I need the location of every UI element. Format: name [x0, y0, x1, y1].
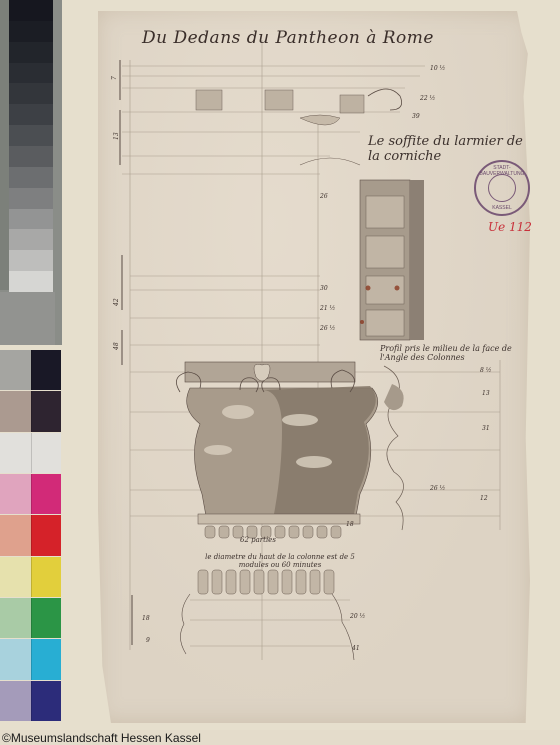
- svg-text:30: 30: [320, 285, 328, 292]
- scanned-artwork: 10 ½22 ½39 263021 ½ 26 ½8 ½13 311226 ½ 1…: [0, 0, 560, 730]
- parts-measure-note: 62 parties: [240, 536, 276, 544]
- svg-text:10 ½: 10 ½: [430, 65, 446, 72]
- svg-text:20 ½: 20 ½: [349, 613, 366, 620]
- inventory-number: Ue 112: [488, 220, 532, 234]
- svg-text:41: 41: [351, 645, 360, 652]
- svg-text:9: 9: [146, 637, 150, 644]
- stamp-text-bottom: KASSEL: [476, 205, 528, 211]
- diameter-note: le diametre du haut de la colonne est de…: [200, 553, 360, 569]
- collection-stamp: STADT-BAUVERWALTUNG KASSEL: [474, 160, 530, 216]
- svg-text:26 ½: 26 ½: [429, 485, 446, 492]
- svg-text:39: 39: [412, 113, 420, 120]
- svg-text:13: 13: [482, 390, 490, 397]
- soffit-caption: Le soffite du larmier de la corniche: [368, 134, 538, 164]
- svg-text:8 ½: 8 ½: [480, 367, 492, 374]
- svg-text:26: 26: [319, 193, 328, 200]
- svg-text:26 ½: 26 ½: [319, 325, 336, 332]
- svg-text:7: 7: [111, 76, 118, 80]
- svg-text:18: 18: [346, 521, 354, 528]
- drawing-title: Du Dedans du Pantheon à Rome: [142, 28, 434, 48]
- svg-text:31: 31: [482, 425, 490, 432]
- architectural-linework: 10 ½22 ½39 263021 ½ 26 ½8 ½13 311226 ½ 1…: [0, 0, 560, 730]
- svg-text:18: 18: [142, 615, 150, 622]
- copyright-credit: ©Museumslandschaft Hessen Kassel: [2, 731, 201, 745]
- svg-text:21 ½: 21 ½: [319, 305, 336, 312]
- svg-text:13: 13: [113, 132, 120, 140]
- svg-text:42: 42: [113, 298, 120, 307]
- svg-text:12: 12: [480, 495, 488, 502]
- stamp-emblem-icon: [488, 174, 516, 202]
- svg-text:48: 48: [113, 342, 120, 351]
- profile-caption: Profil pris le milieu de la face de l'An…: [380, 344, 530, 362]
- svg-text:22 ½: 22 ½: [419, 95, 436, 102]
